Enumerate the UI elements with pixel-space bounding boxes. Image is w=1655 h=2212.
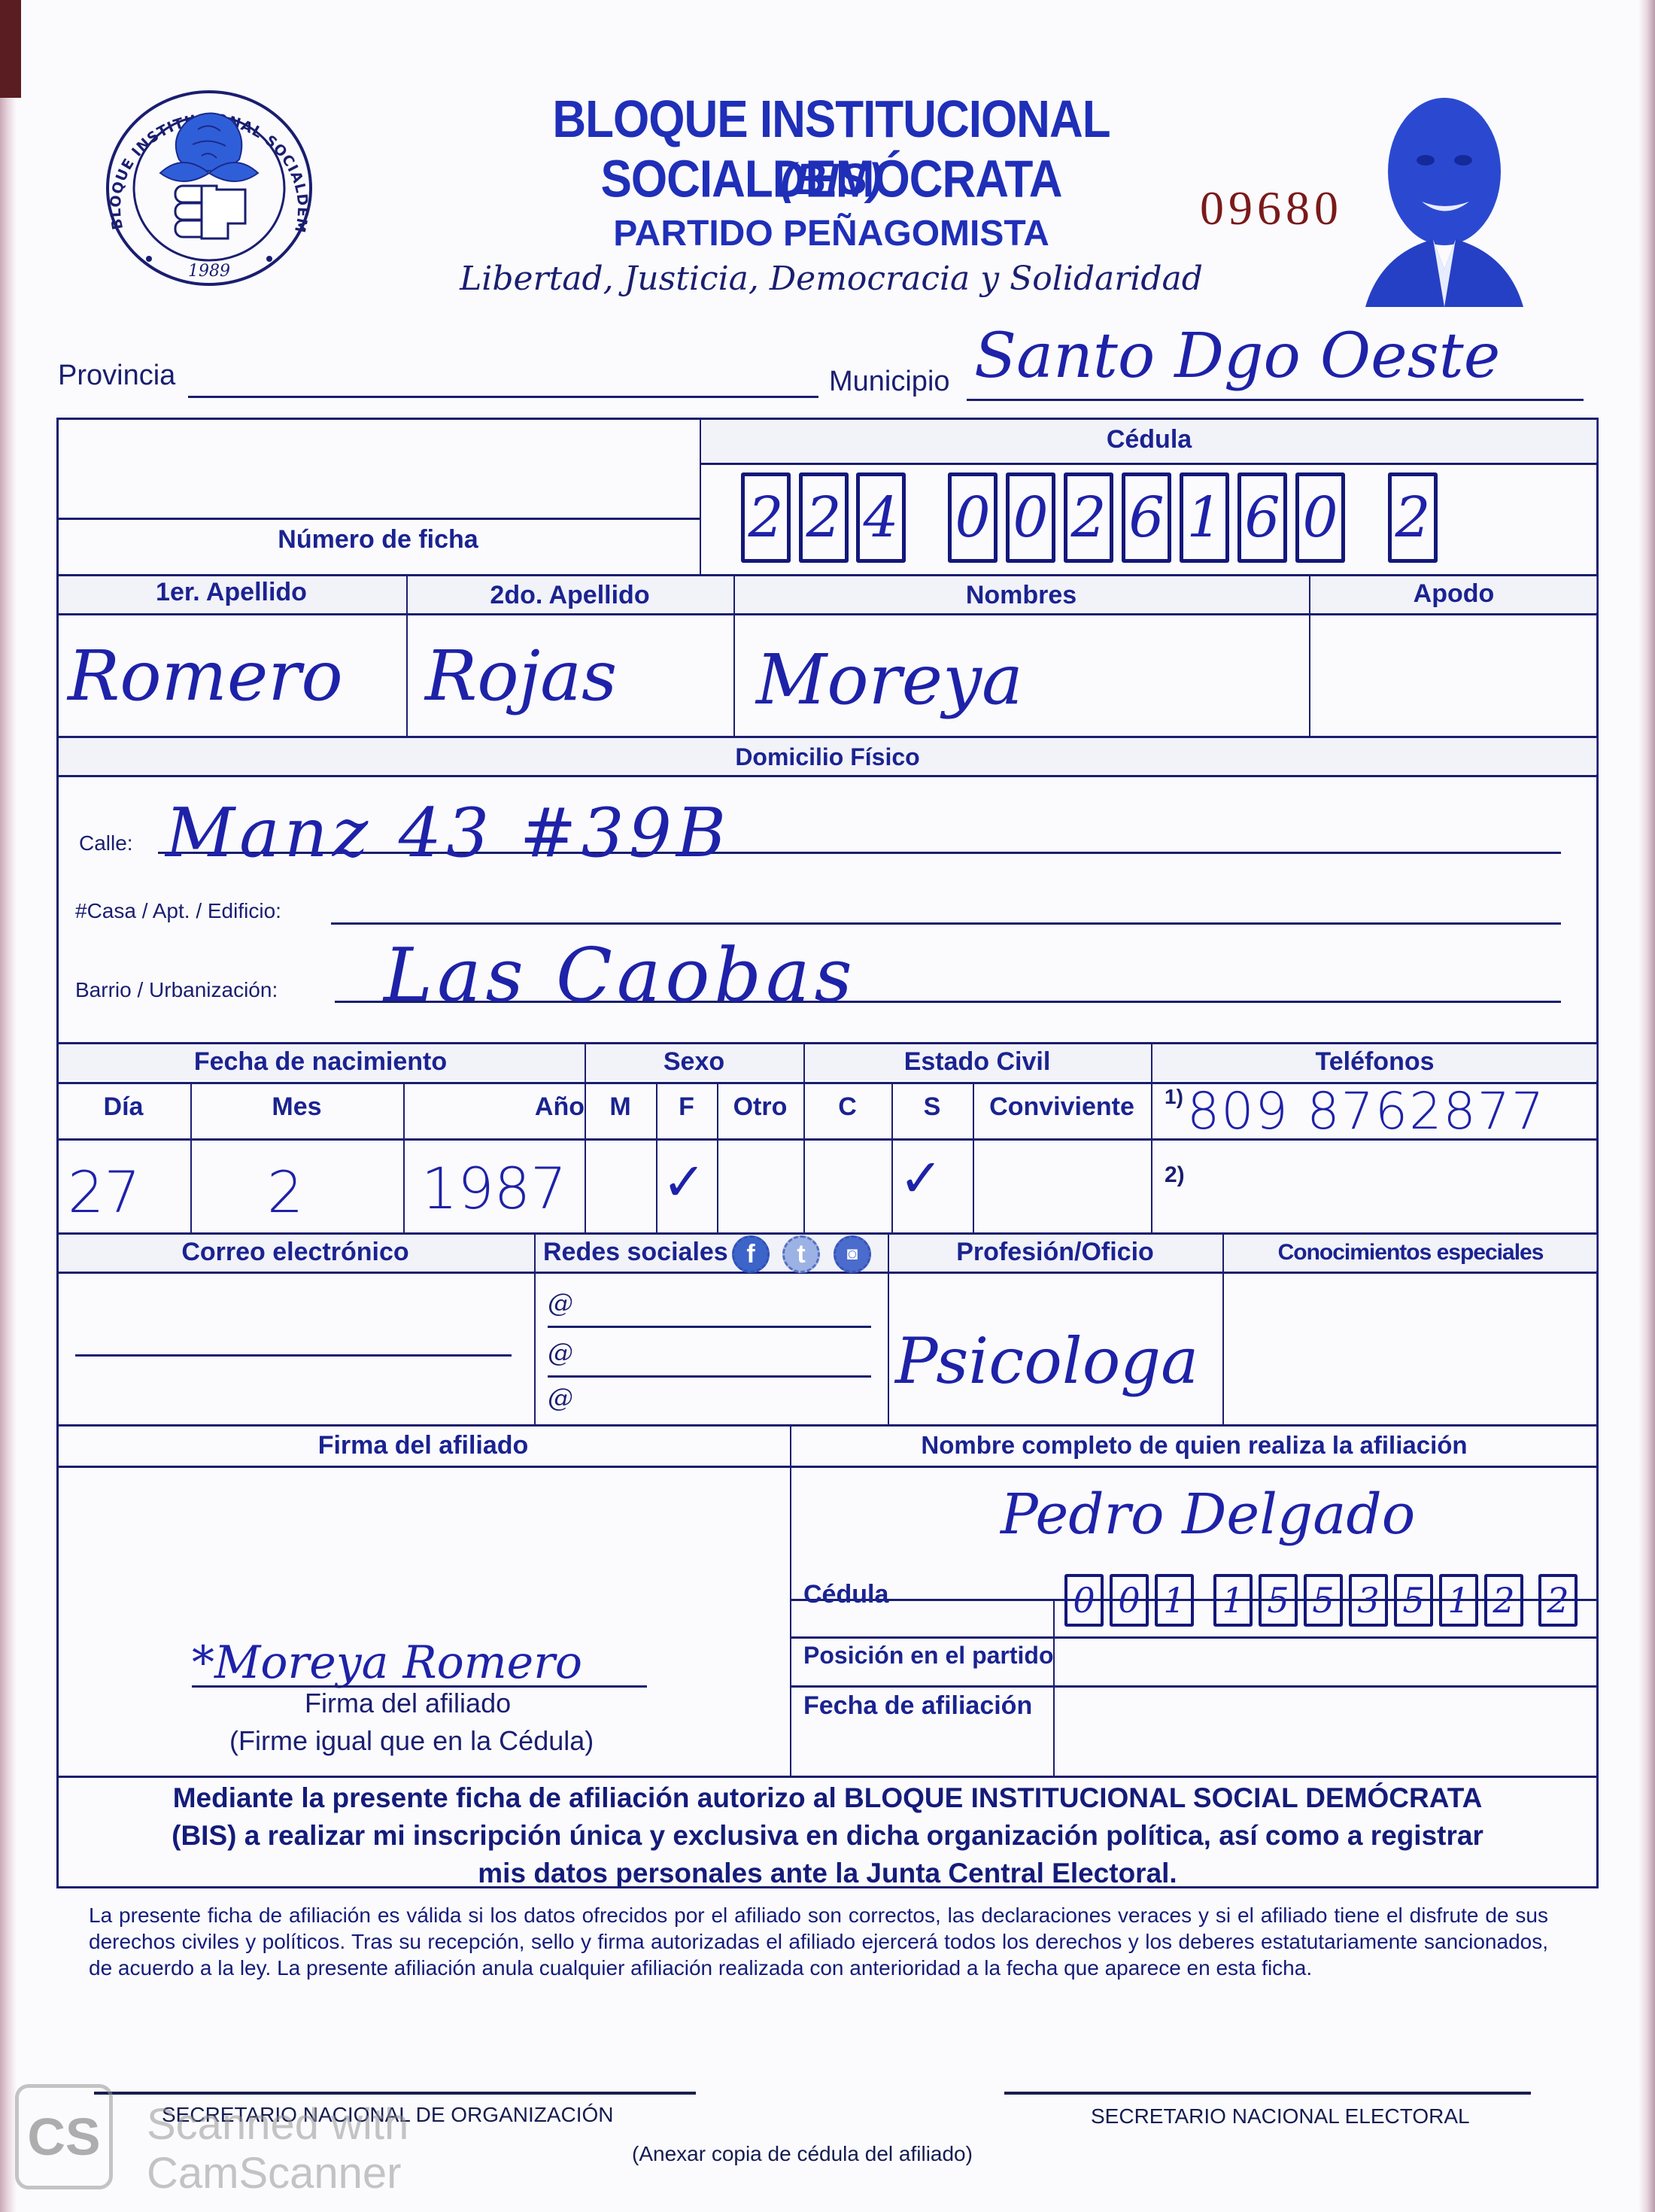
correo-header: Correo electrónico [56,1238,534,1267]
mes-field[interactable]: 2 [267,1159,303,1226]
camscanner-line-2: CamScanner [147,2148,401,2198]
afiliador-cedula-digit[interactable]: 2 [1484,1574,1523,1627]
redes-at-3: @ [548,1383,573,1413]
conocimientos-field[interactable] [1226,1275,1595,1422]
municipio-label: Municipio [829,366,950,398]
civil-s-header: S [891,1092,973,1122]
sexo-otro-header: Otro [717,1092,803,1122]
cedula-digit[interactable]: 6 [1237,472,1287,563]
sexo-header: Sexo [585,1047,803,1077]
tel2-prefix: 2) [1165,1162,1185,1188]
declaration: Mediante la presente ficha de afiliación… [56,1779,1599,1892]
declaration-line-1: Mediante la presente ficha de afiliación… [56,1779,1599,1817]
afiliador-cedula-label: Cédula [803,1580,888,1609]
sexo-otro-cell[interactable] [719,1141,802,1231]
numero-ficha-field[interactable] [60,421,696,515]
apellido1-field[interactable]: Romero [68,636,343,716]
dia-field[interactable]: 27 [68,1159,141,1226]
civil-c-header: C [803,1092,891,1122]
cedula-digit[interactable]: 6 [1122,472,1171,563]
party-motto: Libertad, Justicia, Democracia y Solidar… [346,260,1316,298]
leader-portrait [1350,89,1538,307]
apellido1-header: 1er. Apellido [56,578,406,607]
nombres-header: Nombres [733,581,1309,610]
afiliador-header: Nombre completo de quien realiza la afil… [790,1431,1599,1460]
nombres-field[interactable]: Moreya [756,640,1023,720]
afiliador-cedula-digit[interactable]: 5 [1304,1574,1343,1627]
ano-field[interactable]: 1987 [421,1155,566,1222]
redes-field-3[interactable] [572,1381,873,1416]
cedula-digit[interactable]: 0 [1295,472,1345,563]
firma-note: (Firme igual que en la Cédula) [229,1725,594,1757]
legal-text: La presente ficha de afiliación es válid… [89,1902,1548,1981]
scan-edge-left [0,0,17,2212]
casa-label: #Casa / Apt. / Edificio: [75,899,281,923]
cedula-digit[interactable]: 2 [1064,472,1113,563]
cedula-digit[interactable]: 4 [856,472,906,563]
afiliador-cedula-digit[interactable]: 0 [1064,1574,1104,1627]
correo-field[interactable] [75,1317,512,1357]
civil-s-checkbox[interactable]: ✓ [899,1147,943,1209]
party-name: PARTIDO PEÑAGOMISTA [346,213,1316,254]
afiliador-cedula-digit[interactable]: 3 [1349,1574,1388,1627]
fecha-afiliacion-label: Fecha de afiliación [803,1691,1032,1721]
afiliador-cedula-digit[interactable]: 5 [1259,1574,1298,1627]
profesion-header: Profesión/Oficio [888,1238,1222,1267]
cedula-digit[interactable]: 0 [948,472,998,563]
sexo-f-checkbox[interactable]: ✓ [662,1151,706,1213]
domicilio-header: Domicilio Físico [56,743,1599,771]
firma-header: Firma del afiliado [56,1431,790,1460]
apellido2-header: 2do. Apellido [406,581,733,610]
redes-header: Redes sociales [543,1238,728,1267]
declaration-line-3: mis datos personales ante la Junta Centr… [56,1855,1599,1892]
afiliador-cedula-digit[interactable]: 1 [1155,1574,1194,1627]
firma-line-label: Firma del afiliado [305,1688,511,1719]
dia-header: Día [56,1092,190,1122]
tel1-field[interactable]: 809 8762877 [1187,1082,1545,1141]
instagram-icon: ◙ [834,1235,871,1273]
tel1-prefix: 1) [1165,1085,1183,1109]
afiliador-cedula-digit[interactable]: 2 [1538,1574,1578,1627]
calle-field[interactable]: Manz 43 #39B [165,794,730,873]
camscanner-logo: CS [15,2084,113,2189]
afiliador-cedula-digit[interactable]: 1 [1439,1574,1478,1627]
sig-right-label: SECRETARIO NACIONAL ELECTORAL [1091,2104,1470,2128]
facebook-icon: f [732,1235,770,1273]
telefonos-header: Teléfonos [1151,1047,1599,1077]
conocimientos-header: Conocimientos especiales [1222,1240,1599,1266]
serial-number: 09680 [1200,181,1343,236]
cedula-digit[interactable]: 1 [1180,472,1229,563]
scan-corner [0,0,21,98]
scan-edge-right [1638,0,1655,2212]
barrio-field[interactable]: Las Caobas [384,933,857,1019]
posicion-field[interactable] [1057,1640,1595,1682]
sexo-m-cell[interactable] [587,1141,654,1231]
svg-text:1989: 1989 [188,262,230,281]
sexo-f-header: F [656,1092,717,1122]
annex-note: (Anexar copia de cédula del afiliado) [632,2142,973,2166]
apodo-header: Apodo [1309,579,1599,609]
posicion-label: Posición en el partido [803,1642,1054,1670]
redes-field-2[interactable] [548,1336,871,1378]
cedula-digit[interactable]: 2 [741,472,791,563]
cedula-digit[interactable]: 2 [1388,472,1438,563]
cedula-header: Cédula [700,425,1599,454]
civil-conviviente-header: Conviviente [973,1092,1151,1122]
barrio-label: Barrio / Urbanización: [75,978,278,1002]
provincia-field[interactable] [188,358,818,398]
declaration-line-2: (BIS) a realizar mi inscripción única y … [56,1817,1599,1855]
twitter-icon: t [782,1235,820,1273]
redes-field-1[interactable] [548,1287,871,1328]
sexo-m-header: M [585,1092,656,1122]
profesion-field[interactable]: Psicologa [895,1324,1198,1398]
ano-header: Año [403,1092,585,1122]
civil-conviviente-cell[interactable] [975,1141,1149,1231]
org-acronym: (BIS) [346,154,1316,205]
cedula-digit[interactable]: 2 [799,472,849,563]
cedula-digit[interactable]: 0 [1006,472,1055,563]
afiliador-nombre[interactable]: Pedro Delgado [1001,1482,1415,1547]
afiliador-cedula-digit[interactable]: 5 [1394,1574,1433,1627]
fecha-afiliacion-field[interactable] [1057,1689,1595,1772]
afiliador-cedula-digit[interactable]: 0 [1110,1574,1149,1627]
rose-fist-icon: BLOQUE INSTITUCIONAL SOCIALDEMÓCRATA 198… [96,84,322,291]
provincia-label: Provincia [58,360,175,392]
calle-label: Calle: [79,831,133,855]
camscanner-line-1: Scanned with [147,2099,408,2150]
estado-civil-header: Estado Civil [803,1047,1151,1077]
nacimiento-header: Fecha de nacimiento [56,1047,585,1077]
afiliador-cedula-digit[interactable]: 1 [1213,1574,1253,1627]
civil-c-cell[interactable] [806,1141,890,1231]
municipio-field[interactable]: Santo Dgo Oeste [967,314,1584,401]
party-logo: BLOQUE INSTITUCIONAL SOCIALDEMÓCRATA 198… [96,84,322,291]
signature[interactable]: *Moreya Romero [192,1636,582,1689]
numero-ficha-label: Número de ficha [56,525,700,555]
apellido2-field[interactable]: Rojas [425,636,617,716]
mes-header: Mes [190,1092,403,1122]
